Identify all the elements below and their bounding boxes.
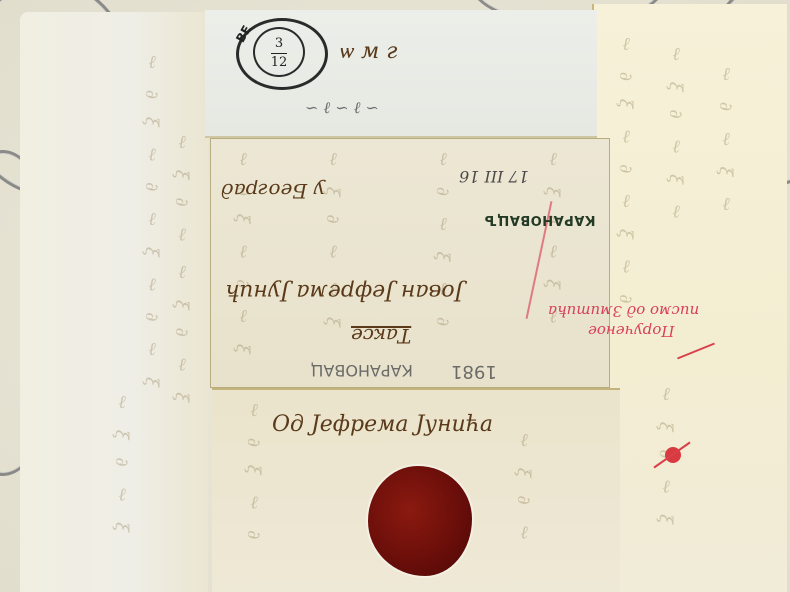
receiving-date: 17 III 16 (459, 167, 529, 186)
pencil-place-note: КАРАНОВАЦ (311, 361, 413, 380)
address-city: у Београд (221, 179, 325, 203)
red-note-line2: Порученое (588, 322, 674, 340)
bleed-through-script: ℓ ∂ ξ ℓ ∂ ℓ ξ ℓ ∂ (614, 34, 636, 310)
bleed-through-script: ℓ ξ ∂ ℓ ξ (110, 392, 132, 538)
bleed-through-script: ℓ ∂ ξ ℓ ∂ ℓ ξ ℓ ∂ ℓ ξ (140, 52, 162, 393)
bleed-through-script: ℓ ∂ ξ ℓ ∂ (242, 400, 264, 545)
postmark-day: 3 (255, 35, 303, 53)
bleed-through-script: ℓ ξ ∂ ℓ ξ ℓ (664, 44, 686, 228)
postmark-month: 12 (271, 53, 288, 72)
receiving-stamp: КАРАНОВАЦЪ (484, 212, 595, 227)
wax-seal (368, 466, 472, 576)
postmark-date: 3 12 (253, 27, 305, 77)
bleed-through-script: ℓ ξ ∂ ℓ ℓ ξ ∂ ℓ ξ (170, 132, 192, 408)
left-flap: ℓ ∂ ξ ℓ ∂ ℓ ξ ℓ ∂ ℓ ξ ℓ ξ ∂ ℓ ℓ ξ ∂ ℓ ξ … (20, 12, 208, 592)
pencil-scribble: ∽ ℓ ∽ ℓ ∽ (305, 98, 379, 118)
sender-line: Од Јефрема Јунића (272, 412, 493, 437)
bleed-through-script: ℓ ∂ ℓ ξ ℓ ∂ (431, 149, 453, 332)
address-name: Јован Јефрема Јунић (225, 279, 463, 304)
address-taxe: Таксе (351, 324, 411, 348)
address-panel: ℓ ∂ ξ ℓ ∂ ℓ ξ ℓ ξ ∂ ℓ ℓ ξ ℓ ∂ ℓ ξ ℓ ∂ ℓ … (210, 138, 610, 388)
postmark: ВЕ 3 12 (236, 18, 328, 90)
red-note-line1: писмо од Змитића (548, 302, 699, 320)
bleed-through-script: ℓ ξ ∂ ℓ (512, 430, 534, 548)
bleed-through-script: ℓ ∂ ℓ ξ ℓ (714, 64, 736, 220)
pencil-number: 1981 (451, 361, 497, 382)
right-flap: ℓ ∂ ξ ℓ ∂ ℓ ξ ℓ ∂ ℓ ξ ∂ ℓ ξ ℓ ℓ ∂ ℓ ξ ℓ … (592, 4, 787, 592)
bleed-through-script: ℓ ξ ∂ ℓ ℓ ξ (321, 149, 343, 333)
ink-marks: ѡ м г (340, 38, 397, 64)
